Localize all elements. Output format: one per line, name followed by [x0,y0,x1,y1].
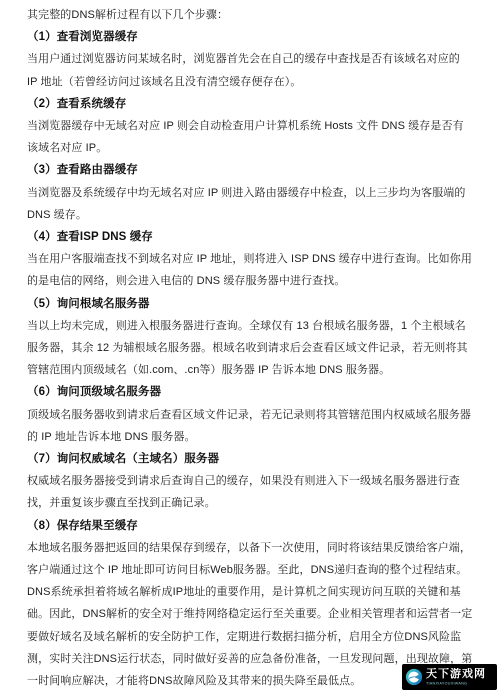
step-body-6: 顶级域名服务器收到请求后查看区域文件记录，若无记录则将其管辖范围内权威域名服务器… [27,404,473,448]
step-section-2: （2）查看系统缓存 当浏览器缓存中无域名对应 IP 则会自动检查用户计算机系统 … [27,93,473,160]
step-heading-1: （1）查看浏览器缓存 [27,26,473,48]
step-body-4: 当在用户客服端查找不到域名对应 IP 地址，则将进入 ISP DNS 缓存中进行… [27,248,473,292]
step-heading-5: （5）询问根域名服务器 [27,293,473,315]
watermark-badge: 天下游戏网 TIANXIAYOUXIWANG [402,664,497,690]
step-body-2: 当浏览器缓存中无域名对应 IP 则会自动检查用户计算机系统 Hosts 文件 D… [27,115,473,159]
step-section-5: （5）询问根域名服务器 当以上均未完成，则进入根服务器进行查询。全球仅有 13 … [27,293,473,382]
step-section-3: （3）查看路由器缓存 当浏览器及系统缓存中均无域名对应 IP 则进入路由器缓存中… [27,159,473,226]
step-section-7: （7）询问权威域名（主域名）服务器 权威域名服务器接受到请求后查询自己的缓存，如… [27,448,473,515]
dns-article: 其完整的DNS解析过程有以下几个步骤： （1）查看浏览器缓存 当用户通过浏览器访… [0,0,500,692]
step-body-7: 权威域名服务器接受到请求后查询自己的缓存，如果没有则进入下一级域名服务器进行查找… [27,470,473,514]
step-heading-3: （3）查看路由器缓存 [27,159,473,181]
watermark-subtext: TIANXIAYOUXIWANG [426,682,467,686]
step-heading-6: （6）询问顶级域名服务器 [27,381,473,403]
step-section-4: （4）查看ISP DNS 缓存 当在用户客服端查找不到域名对应 IP 地址，则将… [27,226,473,293]
step-body-8: 本地域名服务器把返回的结果保存到缓存，以备下一次使用，同时将该结果反馈给客户端，… [27,537,473,581]
step-section-8: （8）保存结果至缓存 本地域名服务器把返回的结果保存到缓存，以备下一次使用，同时… [27,515,473,582]
step-section-1: （1）查看浏览器缓存 当用户通过浏览器访问某域名时，浏览器首先会在自己的缓存中查… [27,26,473,93]
watermark-text-block: 天下游戏网 TIANXIAYOUXIWANG [426,668,492,687]
step-heading-2: （2）查看系统缓存 [27,93,473,115]
step-heading-8: （8）保存结果至缓存 [27,515,473,537]
watermark-site-name: 天下游戏网 [426,668,492,680]
step-body-1: 当用户通过浏览器访问某域名时，浏览器首先会在自己的缓存中查找是否有该域名对应的 … [27,48,473,92]
step-body-5: 当以上均未完成，则进入根服务器进行查询。全球仅有 13 台根域名服务器，1 个主… [27,315,473,382]
step-section-6: （6）询问顶级域名服务器 顶级域名服务器收到请求后查看区域文件记录，若无记录则将… [27,381,473,448]
intro-paragraph: 其完整的DNS解析过程有以下几个步骤： [27,4,473,26]
step-heading-4: （4）查看ISP DNS 缓存 [27,226,473,248]
watermark-globe-icon [405,668,423,686]
step-body-3: 当浏览器及系统缓存中均无域名对应 IP 则进入路由器缓存中检查，以上三步均为客服… [27,182,473,226]
step-heading-7: （7）询问权威域名（主域名）服务器 [27,448,473,470]
